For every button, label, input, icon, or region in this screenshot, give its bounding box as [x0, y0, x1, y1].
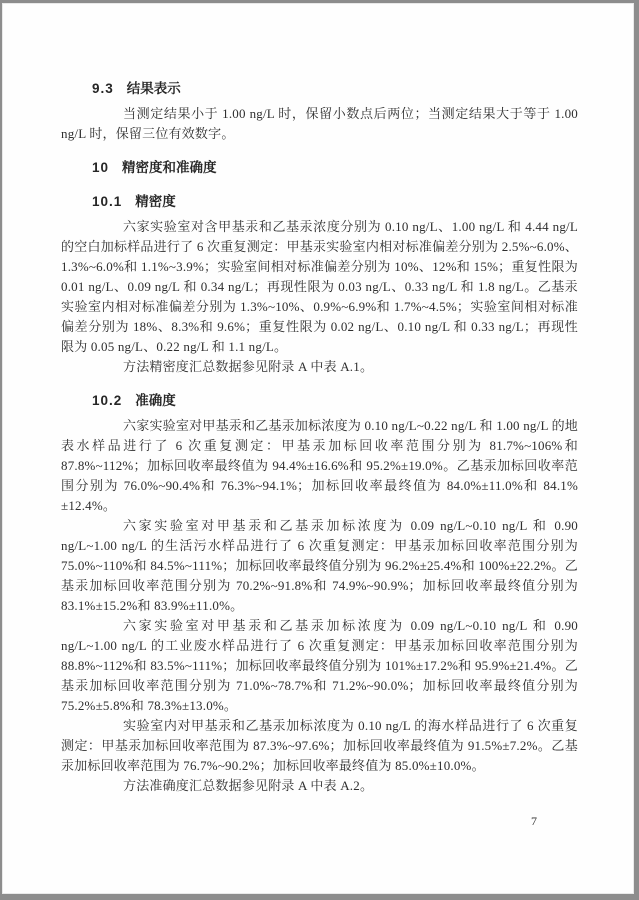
heading-number: 9.3 — [92, 79, 114, 99]
paragraph-precision-data: 六家实验室对含甲基汞和乙基汞浓度分别为 0.10 ng/L、1.00 ng/L … — [61, 217, 578, 357]
paragraph-result-expression: 当测定结果小于 1.00 ng/L 时，保留小数点后两位；当测定结果大于等于 1… — [61, 104, 578, 144]
heading-10-precision-and-accuracy: 10精密度和准确度 — [92, 158, 578, 178]
heading-10-1-precision: 10.1精密度 — [92, 192, 578, 212]
heading-title: 准确度 — [135, 393, 176, 408]
paragraph-accuracy-surface-water: 六家实验室对甲基汞和乙基汞加标浓度为 0.10 ng/L~0.22 ng/L 和… — [61, 416, 578, 516]
page-number: 7 — [531, 814, 537, 828]
heading-number: 10.1 — [92, 192, 122, 212]
document-page: 9.3结果表示 当测定结果小于 1.00 ng/L 时，保留小数点后两位；当测定… — [2, 3, 634, 894]
paragraph-accuracy-industrial-wastewater: 六家实验室对甲基汞和乙基汞加标浓度为 0.09 ng/L~0.10 ng/L 和… — [61, 616, 578, 716]
heading-10-2-accuracy: 10.2准确度 — [92, 391, 578, 411]
heading-9-3-result-expression: 9.3结果表示 — [92, 79, 578, 99]
heading-title: 结果表示 — [127, 81, 181, 96]
heading-number: 10.2 — [92, 391, 122, 411]
paragraph-accuracy-seawater: 实验室内对甲基汞和乙基汞加标浓度为 0.10 ng/L 的海水样品进行了 6 次… — [61, 716, 578, 776]
paragraph-precision-appendix-ref: 方法精密度汇总数据参见附录 A 中表 A.1。 — [61, 357, 578, 377]
page-content: 9.3结果表示 当测定结果小于 1.00 ng/L 时，保留小数点后两位；当测定… — [61, 3, 578, 796]
paragraph-accuracy-domestic-sewage: 六家实验室对甲基汞和乙基汞加标浓度为 0.09 ng/L~0.10 ng/L 和… — [61, 516, 578, 616]
heading-title: 精密度 — [135, 194, 176, 209]
heading-title: 精密度和准确度 — [122, 160, 217, 175]
heading-number: 10 — [92, 158, 109, 178]
paragraph-accuracy-appendix-ref: 方法准确度汇总数据参见附录 A 中表 A.2。 — [61, 776, 578, 796]
